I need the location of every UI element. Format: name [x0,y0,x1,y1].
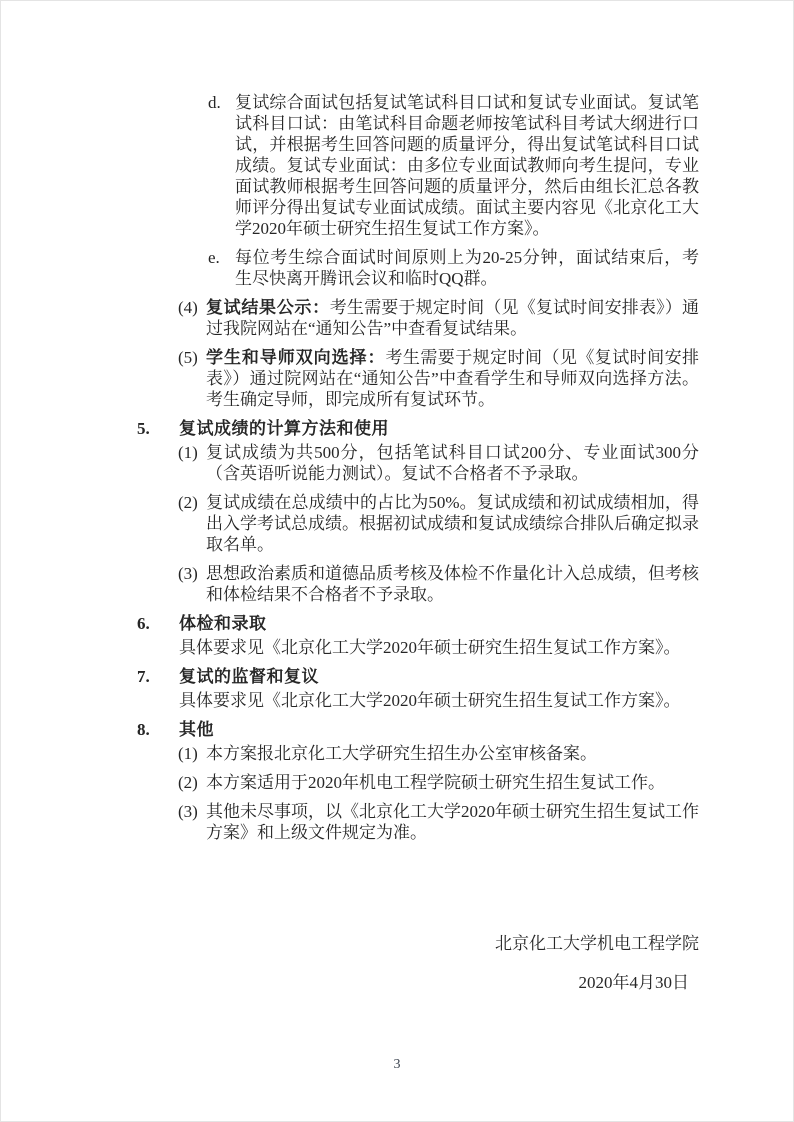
section-title: 复试的监督和复议 [179,666,699,687]
list-item-8-2: (2) 本方案适用于2020年机电工程学院硕士研究生招生复试工作。 [178,772,699,793]
list-item-e: e. 每位考生综合面试时间原则上为20-25分钟，面试结束后，考生尽快离开腾讯会… [208,247,699,289]
list-item-marker: (2) [178,772,206,793]
list-item-text: 复试成绩在总成绩中的占比为50%。复试成绩和初试成绩相加，得出入学考试总成绩。根… [206,492,699,555]
list-item-8-3: (3) 其他未尽事项，以《北京化工大学2020年硕士研究生招生复试工作方案》和上… [178,801,699,843]
list-item-marker: (3) [178,801,206,843]
section-title: 体检和录取 [179,613,699,634]
list-item-marker: (4) [178,297,206,339]
list-item-text: 其他未尽事项，以《北京化工大学2020年硕士研究生招生复试工作方案》和上级文件规… [206,801,699,843]
list-item-marker: (2) [178,492,206,555]
section-number: 6. [137,613,179,634]
signature-block: 北京化工大学机电工程学院 2020年4月30日 [137,933,699,993]
section-6-heading: 6. 体检和录取 [137,613,699,634]
section-7-body: 具体要求见《北京化工大学2020年硕士研究生招生复试工作方案》。 [179,690,699,711]
signature-organization: 北京化工大学机电工程学院 [137,933,699,954]
section-number: 5. [137,418,179,439]
list-item-body: 复试结果公示：考生需要于规定时间（见《复试时间安排表》）通过我院网站在“通知公告… [206,297,699,339]
list-item-marker: (1) [178,743,206,764]
list-item-5: (5) 学生和导师双向选择：考生需要于规定时间（见《复试时间安排表》）通过院网站… [178,347,699,410]
section-number: 8. [137,719,179,740]
list-item-5-2: (2) 复试成绩在总成绩中的占比为50%。复试成绩和初试成绩相加，得出入学考试总… [178,492,699,555]
list-item-d: d. 复试综合面试包括复试笔试科目口试和复试专业面试。复试笔试科目口试：由笔试科… [208,92,699,239]
list-item-marker: d. [208,92,235,239]
list-item-8-1: (1) 本方案报北京化工大学研究生招生办公室审核备案。 [178,743,699,764]
signature-date: 2020年4月30日 [137,972,699,993]
list-item-lead: 复试结果公示： [206,298,330,317]
section-title: 其他 [179,719,699,740]
list-item-lead: 学生和导师双向选择： [206,348,385,367]
section-title: 复试成绩的计算方法和使用 [179,418,699,439]
list-item-5-3: (3) 思想政治素质和道德品质考核及体检不作量化计入总成绩，但考核和体检结果不合… [178,563,699,605]
list-item-marker: e. [208,247,235,289]
document-page: d. 复试综合面试包括复试笔试科目口试和复试专业面试。复试笔试科目口试：由笔试科… [0,0,794,1122]
list-item-4: (4) 复试结果公示：考生需要于规定时间（见《复试时间安排表》）通过我院网站在“… [178,297,699,339]
section-7-heading: 7. 复试的监督和复议 [137,666,699,687]
page-number: 3 [1,1057,793,1073]
list-item-marker: (3) [178,563,206,605]
list-item-marker: (5) [178,347,206,410]
section-6-body: 具体要求见《北京化工大学2020年硕士研究生招生复试工作方案》。 [179,637,699,658]
list-item-text: 每位考生综合面试时间原则上为20-25分钟，面试结束后，考生尽快离开腾讯会议和临… [235,247,699,289]
list-item-text: 本方案报北京化工大学研究生招生办公室审核备案。 [206,743,699,764]
section-5-heading: 5. 复试成绩的计算方法和使用 [137,418,699,439]
list-item-text: 复试综合面试包括复试笔试科目口试和复试专业面试。复试笔试科目口试：由笔试科目命题… [235,92,699,239]
list-item-text: 思想政治素质和道德品质考核及体检不作量化计入总成绩，但考核和体检结果不合格者不予… [206,563,699,605]
section-number: 7. [137,666,179,687]
list-item-text: 本方案适用于2020年机电工程学院硕士研究生招生复试工作。 [206,772,699,793]
list-item-text: 复试成绩为共500分，包括笔试科目口试200分、专业面试300分（含英语听说能力… [206,442,699,484]
list-item-5-1: (1) 复试成绩为共500分，包括笔试科目口试200分、专业面试300分（含英语… [178,442,699,484]
list-item-marker: (1) [178,442,206,484]
list-item-body: 学生和导师双向选择：考生需要于规定时间（见《复试时间安排表》）通过院网站在“通知… [206,347,699,410]
section-8-heading: 8. 其他 [137,719,699,740]
document-content: d. 复试综合面试包括复试笔试科目口试和复试专业面试。复试笔试科目口试：由笔试科… [137,92,699,993]
